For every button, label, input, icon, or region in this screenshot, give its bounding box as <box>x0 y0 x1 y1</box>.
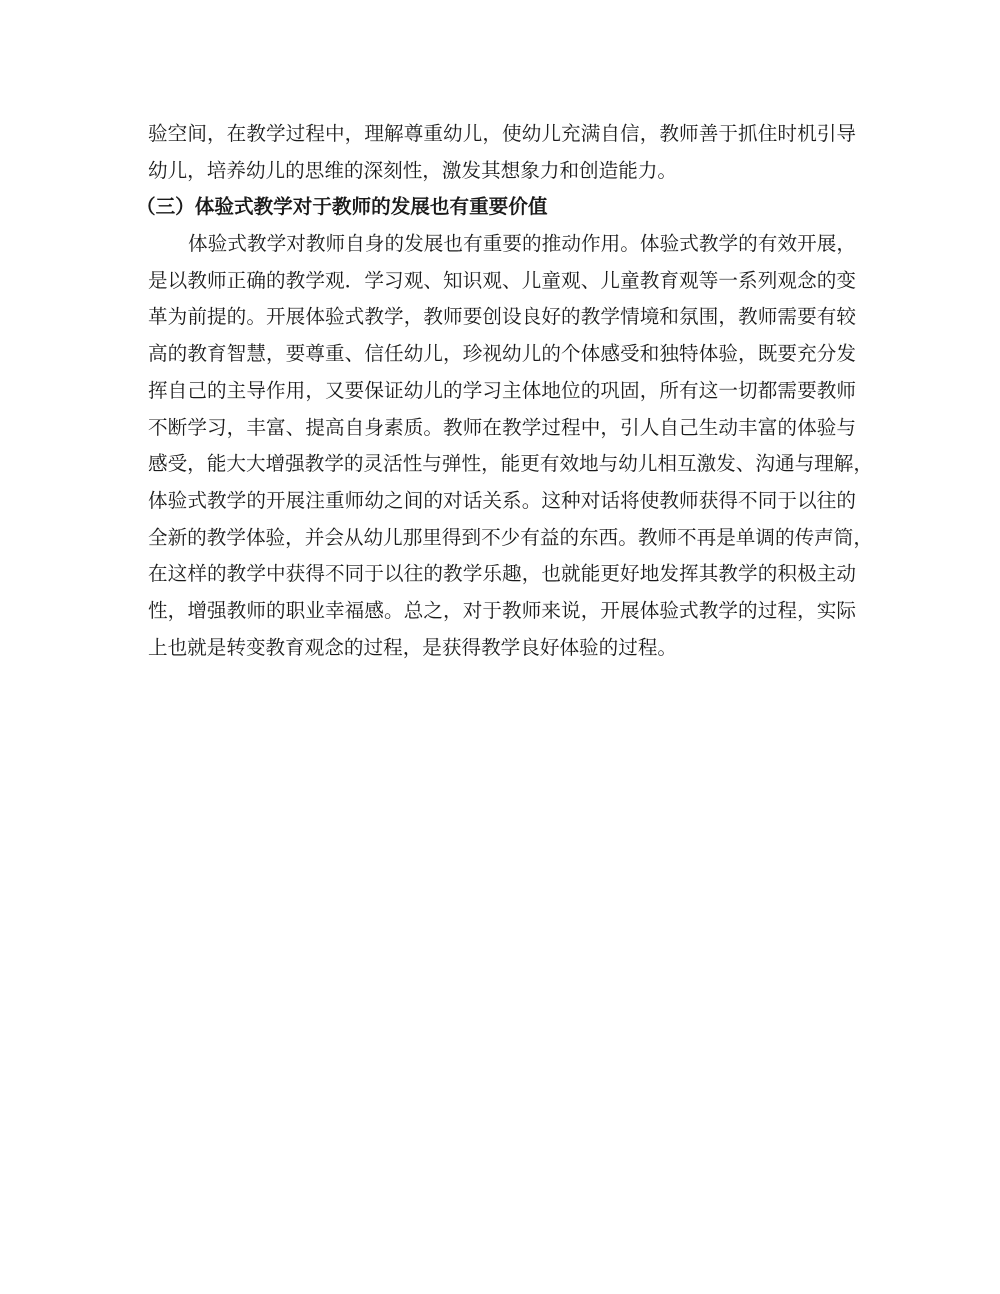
text-line: 上也就是转变教育观念的过程，是获得教学良好体验的过程。 <box>148 630 856 667</box>
text-line: 体验式教学对教师自身的发展也有重要的推动作用。体验式教学的有效开展， <box>148 226 856 263</box>
document-page: 验空间，在教学过程中，理解尊重幼儿，使幼儿充满自信，教师善于抓住时机引导 幼儿，… <box>148 116 856 666</box>
text-line: 性，增强教师的职业幸福感。总之，对于教师来说，开展体验式教学的过程，实际 <box>148 593 856 630</box>
text-line: 在这样的教学中获得不同于以往的教学乐趣，也就能更好地发挥其教学的积极主动 <box>148 556 856 593</box>
text-line: 高的教育智慧，要尊重、信任幼儿，珍视幼儿的个体感受和独特体验，既要充分发 <box>148 336 856 373</box>
text-line: 全新的教学体验，并会从幼儿那里得到不少有益的东西。教师不再是单调的传声筒， <box>148 520 856 557</box>
paragraph: 体验式教学对教师自身的发展也有重要的推动作用。体验式教学的有效开展， 是以教师正… <box>148 226 856 666</box>
text-line: 验空间，在教学过程中，理解尊重幼儿，使幼儿充满自信，教师善于抓住时机引导 <box>148 116 856 153</box>
text-line: 不断学习，丰富、提高自身素质。教师在教学过程中，引人自己生动丰富的体验与 <box>148 410 856 447</box>
section-heading: （三）体验式教学对于教师的发展也有重要价值 <box>136 189 856 226</box>
text-line: 感受，能大大增强教学的灵活性与弹性，能更有效地与幼儿相互激发、沟通与理解， <box>148 446 856 483</box>
text-line: 挥自己的主导作用，又要保证幼儿的学习主体地位的巩固，所有这一切都需要教师 <box>148 373 856 410</box>
text-line: 革为前提的。开展体验式教学，教师要创设良好的教学情境和氛围，教师需要有较 <box>148 299 856 336</box>
text-line: 体验式教学的开展注重师幼之间的对话关系。这种对话将使教师获得不同于以往的 <box>148 483 856 520</box>
text-line: 是以教师正确的教学观．学习观、知识观、儿童观、儿童教育观等一系列观念的变 <box>148 263 856 300</box>
paragraph-continued: 验空间，在教学过程中，理解尊重幼儿，使幼儿充满自信，教师善于抓住时机引导 幼儿，… <box>148 116 856 189</box>
text-line: 幼儿，培养幼儿的思维的深刻性，激发其想象力和创造能力。 <box>148 153 856 190</box>
